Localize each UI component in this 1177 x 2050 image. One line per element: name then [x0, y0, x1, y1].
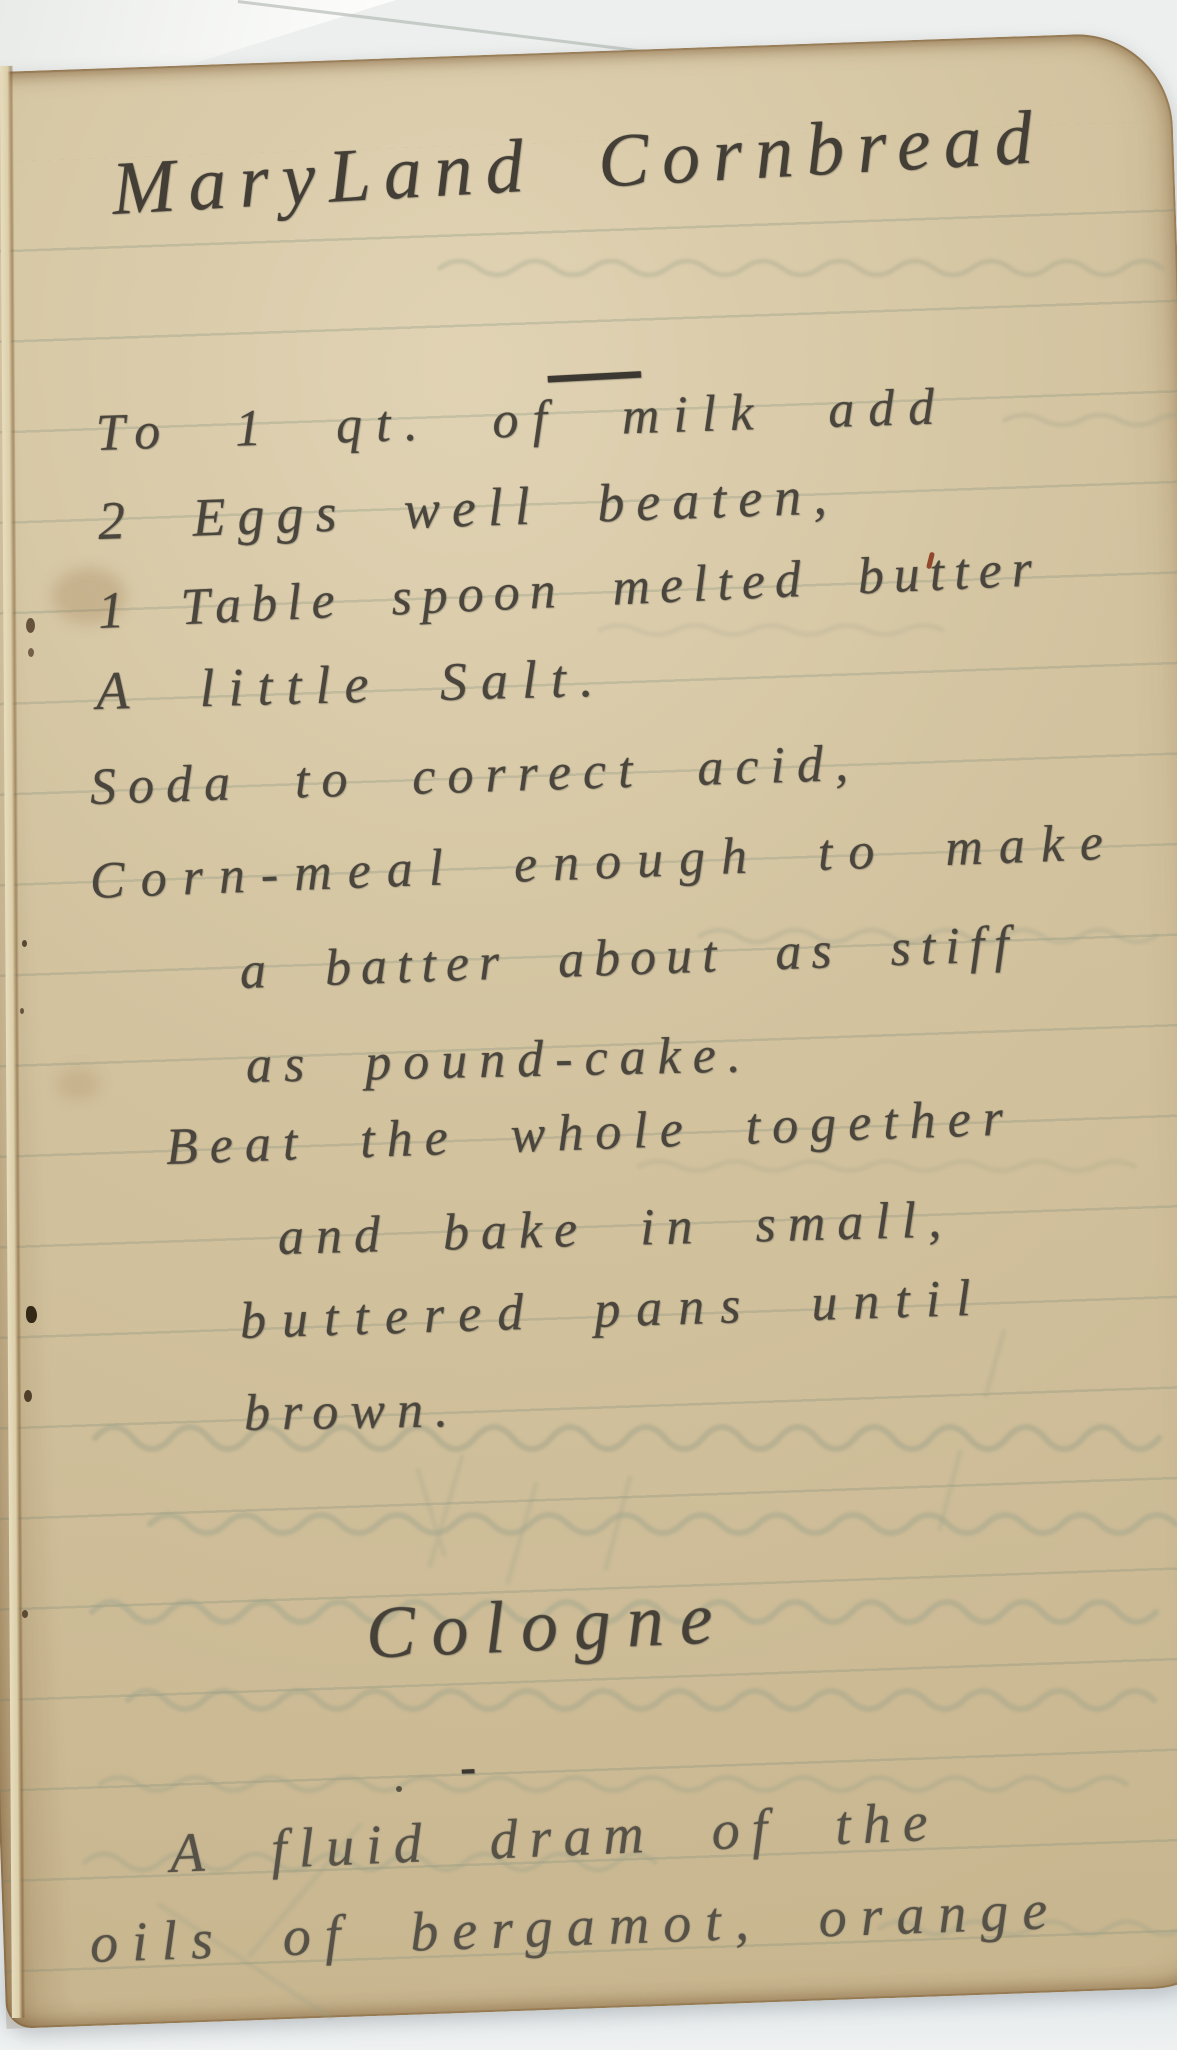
handwriting-line: as pound-cake. [245, 1025, 753, 1095]
ink-dot [396, 1786, 402, 1792]
foxing-spot [20, 1008, 24, 1014]
recipe-title: Cologne [364, 1576, 730, 1677]
foxing-spot [22, 940, 27, 947]
foxing-spot [26, 1306, 37, 1323]
foxing-spot [22, 1610, 28, 1618]
foxing-spot [24, 1390, 32, 1402]
foxing-spot [26, 618, 35, 633]
handwriting-line: brown. [243, 1380, 460, 1444]
foxing-spot [28, 648, 34, 657]
section-divider: - [459, 1739, 477, 1795]
photo-of-notebook: MaryLand Cornbread — To 1 qt. of milk ad… [0, 0, 1177, 2050]
paper-stain [56, 1068, 100, 1100]
